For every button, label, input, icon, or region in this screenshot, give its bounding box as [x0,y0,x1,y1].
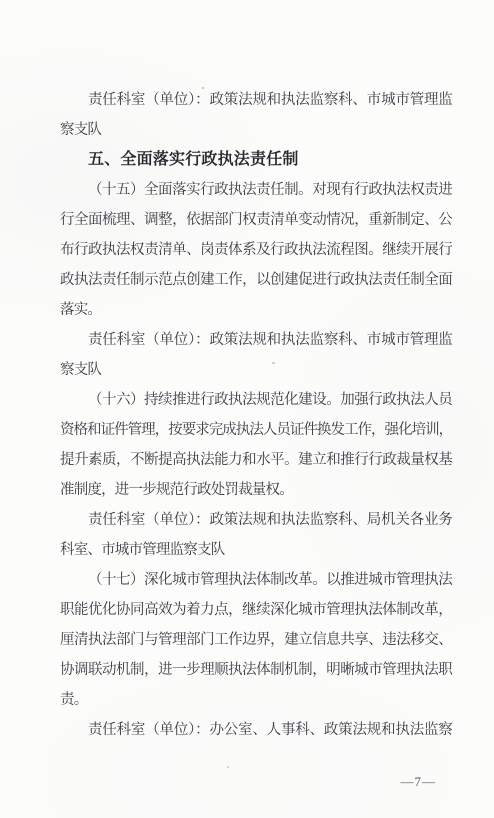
responsible-unit-line: 察支队 [60,115,452,145]
responsible-unit-line: 察支队 [60,355,452,385]
body-text-line: 提升素质，不断提高执法能力和水平。建立和推行行政裁量权基 [60,445,452,475]
body-text-line: 布行政执法权责清单、岗责体系及行政执法流程图。继续开展行 [60,235,452,265]
body-text-line: 职能优化协同高效为着力点，继续深化城市管理执法体制改革， [60,595,452,625]
scan-speck [202,87,204,89]
responsible-unit-line: 科室、市城市管理监察支队 [60,535,452,565]
body-text-line: （十六）持续推进行政执法规范化建设。加强行政执法人员 [60,385,452,415]
body-text-line: 厘清执法部门与管理部门工作边界，建立信息共享、违法移交、 [60,625,452,655]
responsible-unit-line: 责任科室（单位）：政策法规和执法监察科、局机关各业务 [60,505,452,535]
scan-speck [227,766,229,768]
body-text-line: 落实。 [60,295,452,325]
responsible-unit-line: 责任科室（单位）：政策法规和执法监察科、市城市管理监 [60,85,452,115]
scan-speck [272,362,275,364]
section-heading: 五、全面落实行政执法责任制 [60,145,452,175]
body-text-line: 责。 [60,685,452,715]
body-text-line: （十五）全面落实行政执法责任制。对现有行政执法权责进 [60,175,452,205]
body-text-line: （十七）深化城市管理执法体制改革。以推进城市管理执法 [60,565,452,595]
body-text-line: 政执法责任制示范点创建工作，以创建促进行政执法责任制全面 [60,265,452,295]
responsible-unit-line: 责任科室（单位）：政策法规和执法监察科、市城市管理监 [60,325,452,355]
body-text-line: 准制度，进一步规范行政处罚裁量权。 [60,475,452,505]
body-text-line: 协调联动机制，进一步理顺执法体制机制，明晰城市管理执法职 [60,655,452,685]
scanned-document-page: 责任科室（单位）：政策法规和执法监察科、市城市管理监 察支队 五、全面落实行政执… [0,0,494,818]
document-body: 责任科室（单位）：政策法规和执法监察科、市城市管理监 察支队 五、全面落实行政执… [60,85,452,745]
page-number: —7— [401,773,437,791]
responsible-unit-line: 责任科室（单位）：办公室、人事科、政策法规和执法监察 [60,715,452,745]
body-text-line: 行全面梳理、调整，依据部门权责清单变动情况，重新制定、公 [60,205,452,235]
body-text-line: 资格和证件管理，按要求完成执法人员证件换发工作，强化培训， [60,415,452,445]
